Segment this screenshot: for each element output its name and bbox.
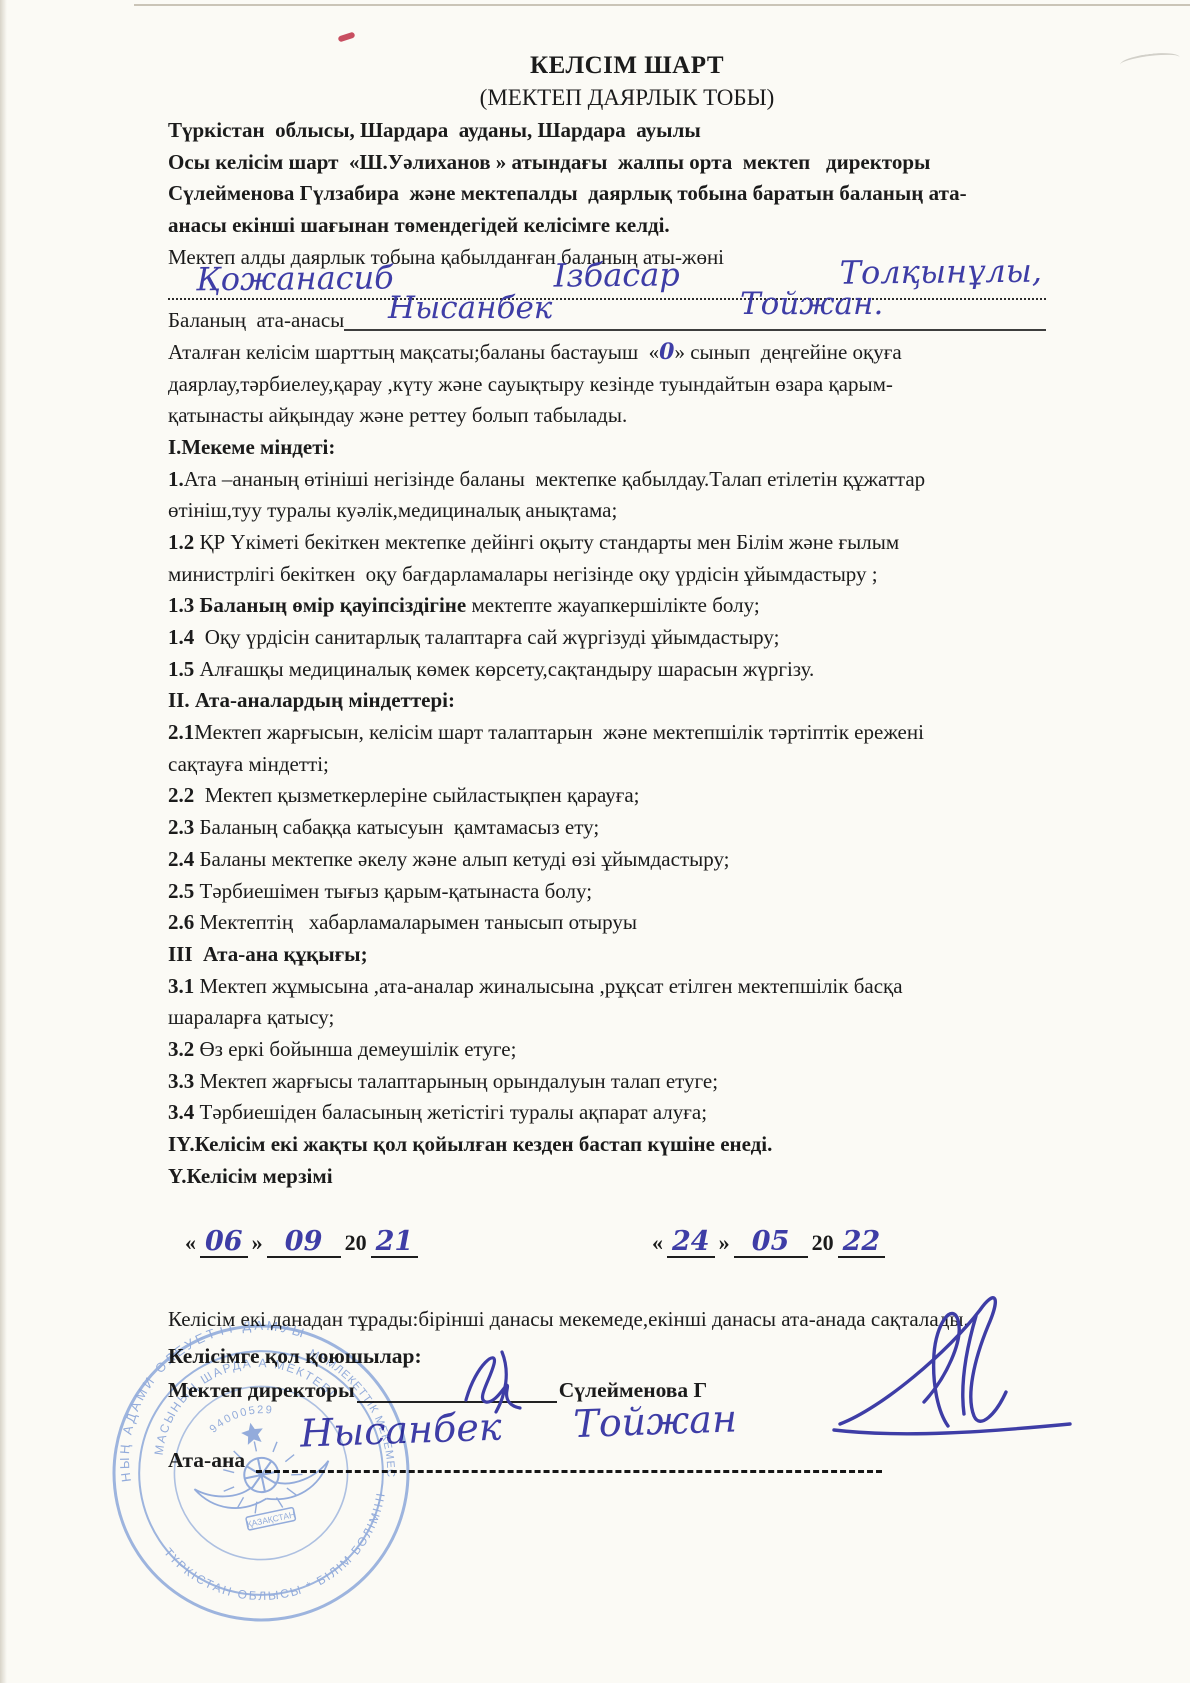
document-subtitle: (МЕКТЕП ДАЯРЛЫК ТОБЫ) <box>64 85 1190 111</box>
contract-line: 1.Ата –ананың өтініші негізінде баланы м… <box>168 464 1046 496</box>
stamp-inner-number: 94000529 <box>205 1400 278 1437</box>
document-title: КЕЛСІМ ШАРТ <box>64 52 1190 80</box>
contract-line: 1.3 Баланың өмір қауіпсіздігіне мектепте… <box>168 590 1046 622</box>
contract-line: 2.1Мектеп жарғысын, келісім шарт талапта… <box>168 717 1046 749</box>
contract-line: шараларға қатысу; <box>168 1002 1046 1034</box>
contract-line: Y.Келісім мерзімі <box>168 1161 1046 1193</box>
handwritten-start-year: 21 <box>371 1228 419 1258</box>
contract-line: 2.3 Баланың сабаққа катысуын қамтамасыз … <box>168 812 1046 844</box>
contract-line: 3.2 Өз еркі бойынша демеушілік етуге; <box>168 1034 1046 1066</box>
handwritten-grade-zero: 0 <box>659 339 674 365</box>
contract-body-lines: I.Мекеме міндеті: 1.Ата –ананың өтініші … <box>168 432 1046 1193</box>
purpose-line-1: Аталған келісім шарттың мақсаты;баланы б… <box>168 337 1046 369</box>
document-title-block: КЕЛСІМ ШАРТ (МЕКТЕП ДАЯРЛЫК ТОБЫ) <box>0 52 1190 111</box>
handwritten-end-day: 24 <box>667 1228 715 1258</box>
red-ink-mark <box>337 32 355 43</box>
handwritten-end-year: 22 <box>838 1228 886 1258</box>
handwritten-parent-last-name: Тойжан. <box>740 286 883 322</box>
contract-line: IY.Келісім екі жақты қол қойылған кезден… <box>168 1129 1046 1161</box>
contract-line: 1.4 Оқу үрдісін санитарлық талаптарға са… <box>168 622 1046 654</box>
date-start: «06» 09 2021 <box>185 1228 418 1258</box>
contract-line: 3.1 Мектеп жұмысына ,ата-аналар жиналысы… <box>168 971 1046 1003</box>
contract-line: 1.5 Алғашқы медициналық көмек көрсету,са… <box>168 654 1046 686</box>
intro-line-3: Сүлейменова Гүлзабира және мектепалды да… <box>168 178 1046 210</box>
parent-name-row: Баланың ата-анасы <box>168 305 1046 337</box>
contract-line: II. Ата-аналардың міндеттері: <box>168 685 1046 717</box>
contract-line: 2.4 Баланы мектепке әкелу және алып кету… <box>168 844 1046 876</box>
contract-line: өтініш,туу туралы куәлік,медициналық аны… <box>168 495 1046 527</box>
contract-line: I.Мекеме міндеті: <box>168 432 1046 464</box>
svg-text:94000529: 94000529 <box>205 1400 278 1437</box>
parent-name-label: Баланың ата-анасы <box>168 305 344 337</box>
contract-line: сақтауға міндетті; <box>168 749 1046 781</box>
handwritten-end-month: 05 <box>734 1228 808 1258</box>
scan-left-edge-shadow <box>0 0 7 1683</box>
date-end: «24» 05 2022 <box>652 1228 885 1258</box>
purpose-line-3: қатынасты айқындау және реттеу болып таб… <box>168 400 1046 432</box>
handwritten-start-month: 09 <box>267 1228 341 1258</box>
contract-line: III Ата-ана құқығы; <box>168 939 1046 971</box>
director-signature <box>452 1346 564 1418</box>
contract-line: 2.5 Тәрбиешімен тығыз қарым-қатынаста бо… <box>168 876 1046 908</box>
scanned-contract-page: КЕЛСІМ ШАРТ (МЕКТЕП ДАЯРЛЫК ТОБЫ) Түркіс… <box>0 0 1190 1683</box>
official-stamp: НЫҢ АДАМИ ӘЛЕУЕТТІ ДАМУЫ ТҮРКІСТАН ОБЛЫС… <box>82 1294 440 1652</box>
contract-line: министрлігі бекіткен оқу бағдарламалары … <box>168 559 1046 591</box>
intro-line-4: анасы екінші шағынан төмендегідей келісі… <box>168 210 1046 242</box>
contract-line: 3.4 Тәрбиешіден баласының жетістігі тура… <box>168 1097 1046 1129</box>
intro-line-1: Түркістан облысы, Шардара ауданы, Шардар… <box>168 115 1046 147</box>
handwritten-parent-first-name: Нысанбек <box>388 290 552 326</box>
scan-top-edge-line <box>134 4 1190 6</box>
contract-line: 2.6 Мектептің хабарламаларымен танысып о… <box>168 907 1046 939</box>
parent-signature <box>826 1280 1082 1448</box>
handwritten-start-day: 06 <box>200 1228 248 1258</box>
contract-line: 1.2 ҚР Үкіметі бекіткен мектепке дейінгі… <box>168 527 1046 559</box>
contract-line: 2.2 Мектеп қызметкерлеріне сыйластықпен … <box>168 780 1046 812</box>
contract-line: 3.3 Мектеп жарғысы талаптарының орындалу… <box>168 1066 1046 1098</box>
purpose-line-2: даярлау,тәрбиелеу,қарау ,күту және сауық… <box>168 369 1046 401</box>
intro-line-2: Осы келісім шарт «Ш.Уәлиханов » атындағы… <box>168 147 1046 179</box>
